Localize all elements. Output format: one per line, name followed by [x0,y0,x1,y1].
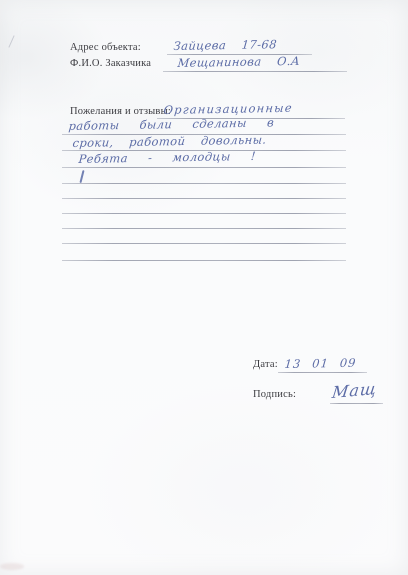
feedback-blank-line-1 [62,183,346,184]
feedback-blank-line-4 [62,228,346,229]
feedback-blank-line-6 [62,260,346,261]
signature-underline [330,403,383,404]
feedback-handwritten-line-3: сроки, работой довольны. [72,133,267,150]
customer-name-underline [163,71,347,72]
feedback-blank-line-2 [62,198,346,199]
feedback-line-3 [62,167,346,168]
scan-smudge-artifact [0,563,24,570]
scan-edge-artifact [8,35,14,47]
signature-handwritten-value: Мащ [331,379,378,402]
address-handwritten-value: Зайцева 17-68 [173,37,278,53]
feedback-blank-line-5 [62,243,346,244]
feedback-blank-line-3 [62,213,346,214]
signature-label: Подпись: [253,389,296,400]
customer-name-handwritten-value: Мещанинова О.А [177,54,301,70]
feedback-handwritten-line-2: работы были сделаны в [68,115,275,133]
feedback-handwritten-line-4: Ребята - молодцы ! [78,149,256,166]
stray-pen-stroke [79,170,84,183]
feedback-label: Пожелания и отзывы: [70,106,171,117]
scanned-feedback-form: Адрес объекта: Зайцева 17-68 Ф.И.О. Зака… [0,0,408,575]
date-handwritten-value: 13 01 09 [284,356,357,371]
address-label: Адрес объекта: [70,42,141,53]
customer-name-label: Ф.И.О. Заказчика [70,58,151,69]
date-underline [278,372,367,373]
date-label: Дата: [253,359,278,370]
